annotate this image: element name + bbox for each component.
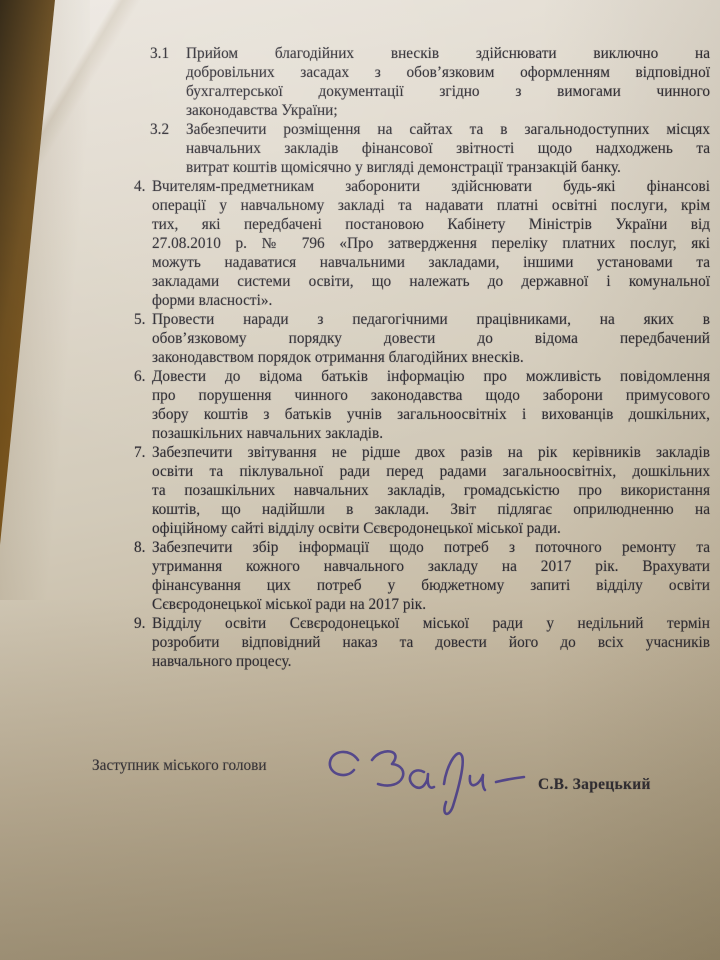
photo-of-document: 3.1 Прийом благодійних внесків здійснюва… bbox=[0, 0, 720, 960]
list-item: 3.2 Забезпечити розміщення на сайтах та … bbox=[186, 120, 710, 177]
text-line: закладами системи освіти, що належать до… bbox=[152, 272, 710, 291]
item-text: Забезпечити збір інформації щодо потреб … bbox=[152, 538, 710, 614]
signature-name: С.В. Зарецький bbox=[538, 776, 651, 794]
text-line: форми власності». bbox=[152, 291, 710, 310]
text-line: тих, які передбачені постановою Кабінету… bbox=[152, 215, 710, 234]
paper-sheet: 3.1 Прийом благодійних внесків здійснюва… bbox=[0, 0, 720, 960]
item-number: 4. bbox=[134, 177, 145, 196]
item-text: Довести до відома батьків інформацію про… bbox=[152, 367, 710, 443]
text-line: фінансування цих потреб у бюджетному зап… bbox=[152, 576, 710, 595]
text-line: позашкільних навчальних закладів. bbox=[152, 424, 710, 443]
text-line: Сєвєродонецької міської ради на 2017 рік… bbox=[152, 595, 710, 614]
item-number: 8. bbox=[134, 538, 145, 557]
list-item: 3.1 Прийом благодійних внесків здійснюва… bbox=[186, 44, 710, 120]
text-line: Забезпечити розміщення на сайтах та в за… bbox=[186, 120, 710, 139]
text-line: Відділу освіти Сєвєродонецької міської р… bbox=[152, 614, 710, 633]
signature-ink bbox=[320, 738, 530, 823]
text-line: коштів, що надійшли в заклади. Звіт підл… bbox=[152, 500, 710, 519]
document-body: 3.1 Прийом благодійних внесків здійснюва… bbox=[134, 44, 710, 671]
item-number: 3.2 bbox=[150, 120, 169, 139]
item-text: Провести наради з педагогічними працівни… bbox=[152, 310, 710, 367]
text-line: витрат коштів щомісячно у вигляді демонс… bbox=[186, 158, 710, 177]
list-item: 6. Довести до відома батьків інформацію … bbox=[152, 367, 710, 443]
text-line: Забезпечити звітування не рідше двох раз… bbox=[152, 443, 710, 462]
list-item: 9. Відділу освіти Сєвєродонецької місько… bbox=[152, 614, 710, 671]
text-line: можуть надаватися навчальними закладами,… bbox=[152, 253, 710, 272]
text-line: операції у навчальному закладі та надава… bbox=[152, 196, 710, 215]
text-line: навчального процесу. bbox=[152, 652, 710, 671]
text-line: збору коштів з батьків учнів загальноосв… bbox=[152, 405, 710, 424]
text-line: законодавства України; bbox=[186, 101, 710, 120]
item-number: 7. bbox=[134, 443, 145, 462]
paper-fold-crease bbox=[0, 0, 150, 250]
item-number: 5. bbox=[134, 310, 145, 329]
text-line: навчальних закладів фінансової звітності… bbox=[186, 139, 710, 158]
item-text: Вчителям-предметникам заборонити здійсню… bbox=[152, 177, 710, 310]
text-line: обов’язковому порядку довести до відома … bbox=[152, 329, 710, 348]
text-line: та позашкільних навчальних закладів, гро… bbox=[152, 481, 710, 500]
text-line: офіційному сайті відділу освіти Сєвєродо… bbox=[152, 519, 710, 538]
list-item: 7. Забезпечити звітування не рідше двох … bbox=[152, 443, 710, 538]
text-line: Прийом благодійних внесків здійснювати в… bbox=[186, 44, 710, 63]
signature-title: Заступник міського голови bbox=[92, 757, 267, 775]
text-line: розробити відповідний наказ та довести й… bbox=[152, 633, 710, 652]
text-line: Забезпечити збір інформації щодо потреб … bbox=[152, 538, 710, 557]
text-line: Вчителям-предметникам заборонити здійсню… bbox=[152, 177, 710, 196]
list-item: 8. Забезпечити збір інформації щодо потр… bbox=[152, 538, 710, 614]
list-item: 5. Провести наради з педагогічними праці… bbox=[152, 310, 710, 367]
item-number: 3.1 bbox=[150, 44, 169, 63]
text-line: законодавством порядок отримання благоді… bbox=[152, 348, 710, 367]
item-number: 9. bbox=[134, 614, 145, 633]
text-line: освіти та піклувальної ради перед радами… bbox=[152, 462, 710, 481]
item-text: Забезпечити розміщення на сайтах та в за… bbox=[186, 120, 710, 177]
text-line: Довести до відома батьків інформацію про… bbox=[152, 367, 710, 386]
text-line: Провести наради з педагогічними працівни… bbox=[152, 310, 710, 329]
text-line: про порушення чинного законодавства щодо… bbox=[152, 386, 710, 405]
text-line: добровільних засадах з обов’язковим офор… bbox=[186, 63, 710, 82]
list-item: 4. Вчителям-предметникам заборонити здій… bbox=[152, 177, 710, 310]
item-number: 6. bbox=[134, 367, 145, 386]
text-line: 27.08.2010 р. № 796 «Про затвердження пе… bbox=[152, 234, 710, 253]
item-text: Відділу освіти Сєвєродонецької міської р… bbox=[152, 614, 710, 671]
item-text: Прийом благодійних внесків здійснювати в… bbox=[186, 44, 710, 120]
item-text: Забезпечити звітування не рідше двох раз… bbox=[152, 443, 710, 538]
text-line: бухгалтерської документації згідно з вим… bbox=[186, 82, 710, 101]
text-line: утримання кожного навчального закладу на… bbox=[152, 557, 710, 576]
